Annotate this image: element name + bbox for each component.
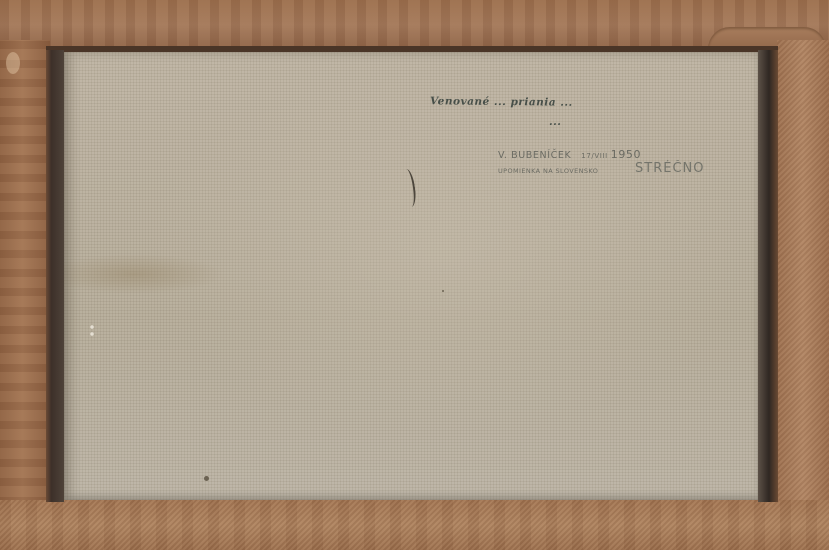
artist-name: V. BUBENÍČEK — [498, 150, 571, 161]
frame-shadow-left — [46, 50, 64, 502]
stretcher-bar-top — [0, 0, 829, 50]
pencil-signature-line: V. BUBENÍČEK17/VIII1950 — [498, 148, 641, 161]
stretcher-bar-right — [777, 40, 829, 505]
date-year: 1950 — [611, 148, 641, 161]
linen-canvas: Venované ... priania ... ... V. BUBENÍČE… — [64, 52, 758, 500]
stretcher-bar-left — [0, 40, 50, 505]
paint-specks — [89, 324, 95, 338]
frame-shadow-right — [758, 50, 778, 502]
canvas-speck — [204, 476, 209, 481]
bracket-mark — [400, 168, 417, 207]
ink-inscription-line-2: ... — [549, 116, 561, 128]
ink-inscription-line-1: Venované ... priania ... — [430, 95, 573, 108]
painting-back-photo: Venované ... priania ... ... V. BUBENÍČE… — [0, 0, 829, 550]
pencil-dedication-line: UPOMIENKA NA SLOVENSKO — [498, 167, 598, 175]
stretcher-bar-bottom — [0, 500, 829, 550]
pencil-place-name: STRÉČNO — [635, 161, 704, 176]
canvas-speck — [442, 290, 444, 292]
date-day-month: 17/VIII — [581, 152, 607, 160]
wood-knot — [6, 52, 20, 74]
